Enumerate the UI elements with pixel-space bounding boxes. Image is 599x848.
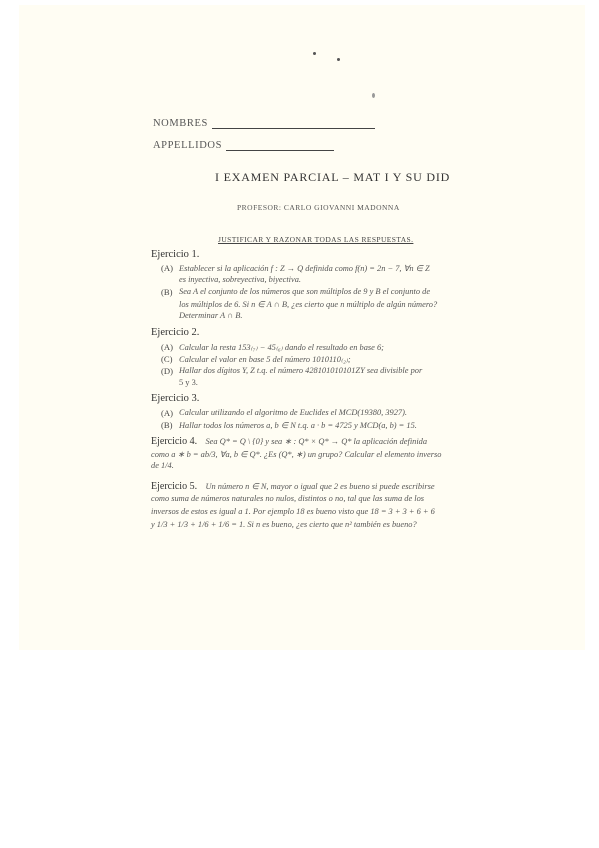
exercise-1-heading: Ejercicio 1. (151, 249, 199, 260)
exercise-2-item-d-label: (D) (161, 366, 173, 376)
exercise-1-item-a-label: (A) (161, 263, 173, 273)
exercise-2-heading: Ejercicio 2. (151, 327, 199, 338)
exercise-2-item-c-label: (C) (161, 354, 172, 364)
scanned-page (19, 5, 585, 650)
scan-speck (313, 52, 316, 55)
exercise-4-line: de 1/4. (151, 461, 174, 470)
exercise-5-line: Ejercicio 5. Un número n ∈ N, mayor o ig… (151, 481, 435, 492)
exercise-1-item-a-line: Establecer si la aplicación f : Z → Q de… (179, 263, 430, 273)
exercise-1-item-b-line: los múltiplos de 6. Si n ∈ A ∩ B, ¿es ci… (179, 299, 437, 309)
exercise-2-item-d-line: 5 y 3. (179, 378, 198, 387)
exercise-4-text: Sea Q* = Q \ {0} y sea ∗ : Q* × Q* → Q* … (205, 437, 427, 446)
exercise-2-item-c-line: Calcular el valor en base 5 del número 1… (179, 354, 351, 364)
nombres-field-line[interactable] (212, 128, 375, 129)
professor-line: PROFESOR: CARLO GIOVANNI MADONNA (237, 203, 400, 212)
exercise-5-text: Un número n ∈ N, mayor o igual que 2 es … (205, 482, 434, 491)
exercise-2-item-a-line: Calcular la resta 153₍₇₎ − 45₍₆₎ dando e… (179, 342, 384, 352)
exercise-5-line: inversos de estos es igual a 1. Por ejem… (151, 507, 435, 516)
exercise-4-line: Ejercicio 4. Sea Q* = Q \ {0} y sea ∗ : … (151, 436, 427, 447)
instruction-line: JUSTIFICAR Y RAZONAR TODAS LAS RESPUESTA… (218, 235, 413, 244)
exercise-1-item-b-line: Determinar A ∩ B. (179, 311, 242, 320)
exercise-2-item-d-line: Hallar dos dígitos Y, Z t.q. el número 4… (179, 366, 422, 375)
nombres-label: NOMBRES (153, 118, 208, 129)
exercise-1-item-a-line: es inyectiva, sobreyectiva, biyectiva. (179, 275, 301, 284)
exercise-5-line: como suma de números naturales no nulos,… (151, 494, 424, 503)
apellidos-label: APPELLIDOS (153, 140, 222, 151)
exercise-5-heading: Ejercicio 5. (151, 481, 197, 492)
exercise-4-line: como a ∗ b = ab/3, ∀a, b ∈ Q*. ¿Es (Q*, … (151, 449, 441, 459)
exam-title: I EXAMEN PARCIAL – MAT I Y SU DID (215, 170, 450, 185)
scan-speck (372, 93, 375, 98)
exercise-3-item-b-line: Hallar todos los números a, b ∈ N t.q. a… (179, 420, 417, 430)
exercise-5-line: y 1/3 + 1/3 + 1/6 + 1/6 = 1. Si n es bue… (151, 520, 417, 529)
exercise-3-item-b-label: (B) (161, 420, 172, 430)
exercise-1-item-b-line: Sea A el conjunto de los números que son… (179, 287, 430, 296)
exercise-3-item-a-label: (A) (161, 408, 173, 418)
scan-speck (337, 58, 340, 61)
exercise-2-item-a-label: (A) (161, 342, 173, 352)
apellidos-field-line[interactable] (226, 150, 334, 151)
exercise-4-heading: Ejercicio 4. (151, 436, 197, 447)
exercise-1-item-b-label: (B) (161, 287, 172, 297)
exercise-3-heading: Ejercicio 3. (151, 393, 199, 404)
exercise-3-item-a-line: Calcular utilizando el algoritmo de Eucl… (179, 408, 407, 417)
